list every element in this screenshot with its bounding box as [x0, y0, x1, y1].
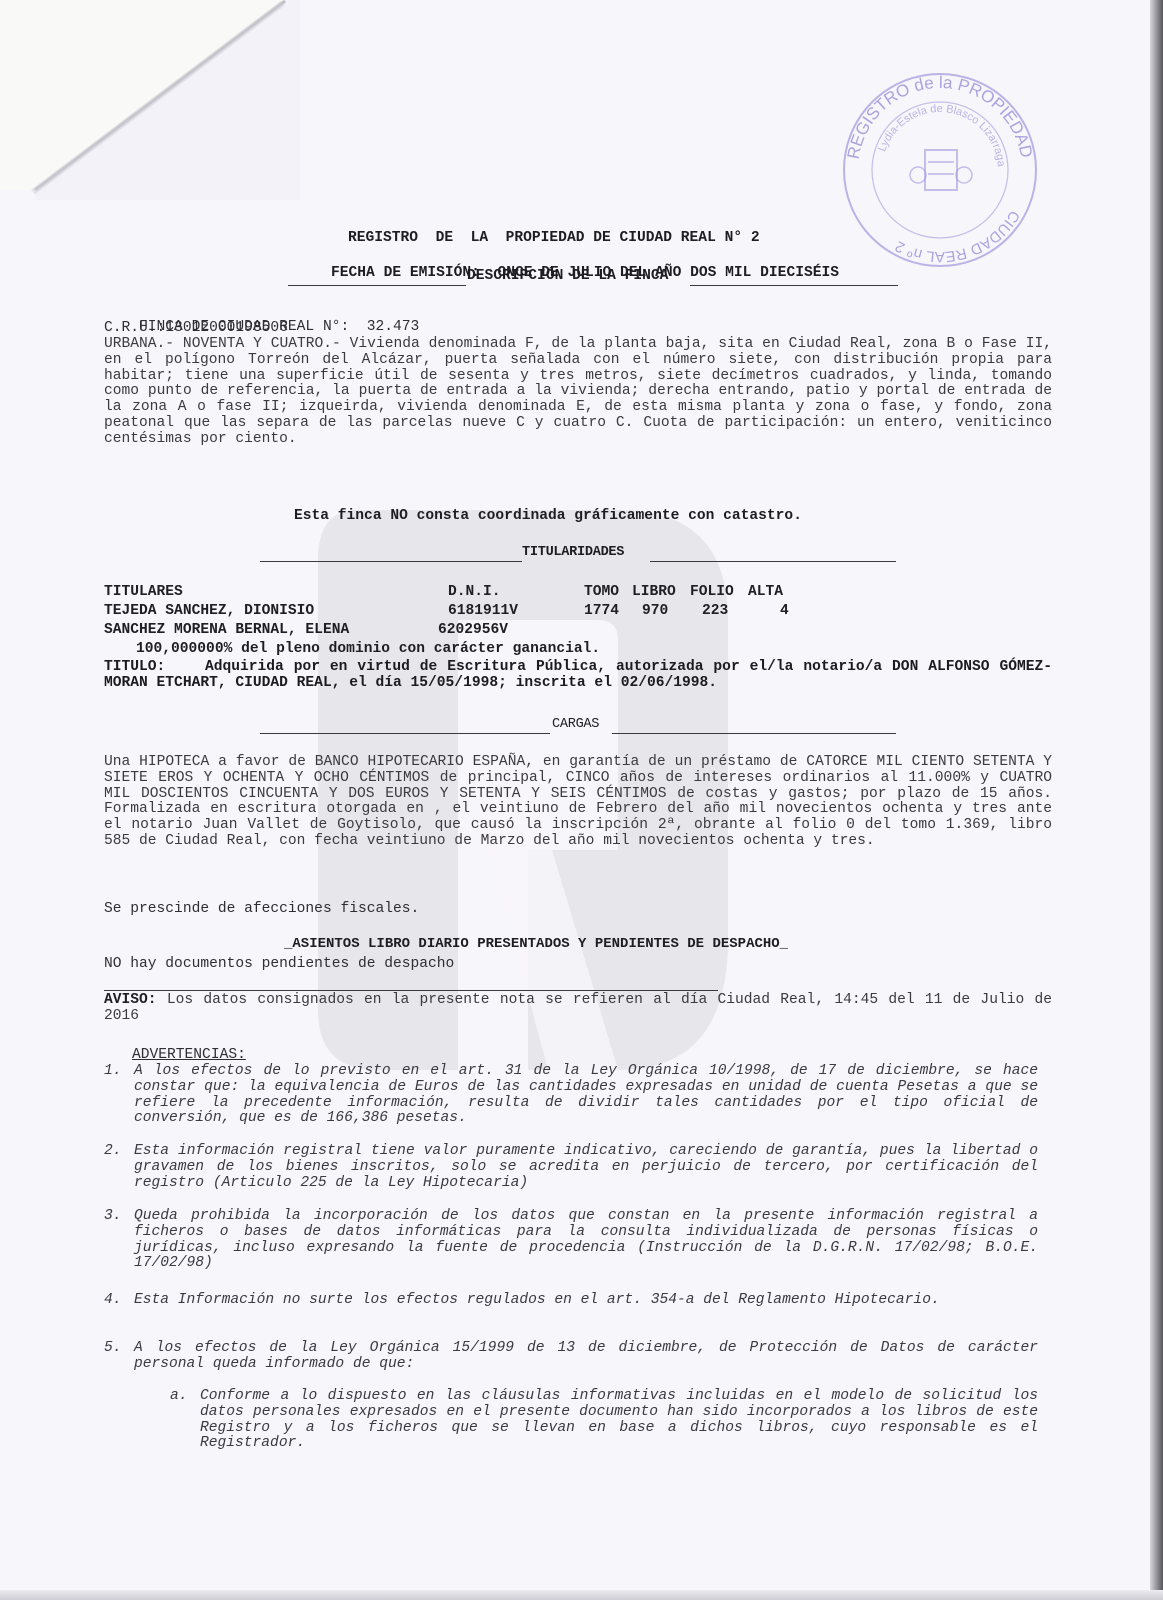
advertencia-item: 5. A los efectos de la Ley Orgánica 15/1… — [104, 1341, 1038, 1373]
advertencia-item: 2. Esta información registral tiene valo… — [104, 1144, 1038, 1191]
column-header: FOLIO — [690, 584, 734, 600]
advertencias-title: ADVERTENCIAS: — [132, 1047, 246, 1063]
divider — [288, 285, 466, 286]
advertencia-item: 3. Queda prohibida la incorporación de l… — [104, 1209, 1038, 1272]
item-text: Conforme a lo dispuesto en las cláusulas… — [200, 1389, 1038, 1452]
finca-number-value: 32.473 — [367, 319, 420, 335]
finca-description: URBANA.- NOVENTA Y CUATRO.- Vivienda den… — [104, 337, 1052, 448]
owner-folio: 223 — [702, 603, 728, 619]
owner-dni: 6181911V — [448, 603, 518, 619]
section-title-cargas: CARGAS — [552, 717, 599, 732]
scan-edge-shadow — [1150, 0, 1163, 1600]
divider — [612, 733, 896, 734]
divider — [690, 285, 898, 286]
section-title-description: DESCRIPCIÓN DE LA FINCA — [467, 268, 668, 284]
item-number: 4. — [104, 1293, 122, 1309]
section-title-asientos: _ASIENTOS LIBRO DIARIO PRESENTADOS Y PEN… — [284, 936, 788, 952]
owner-name: SANCHEZ MORENA BERNAL, ELENA — [104, 622, 349, 638]
item-letter: a. — [170, 1389, 188, 1405]
owner-name: TEJEDA SANCHEZ, DIONISIO — [104, 603, 314, 619]
divider — [260, 561, 522, 562]
finca-cru: C.R.U.:13012000198506 — [104, 320, 288, 336]
column-header: TOMO — [584, 584, 619, 600]
column-header: ALTA — [748, 584, 783, 600]
fiscal-note: Se prescinde de afecciones fiscales. — [104, 901, 419, 917]
item-text: A los efectos de lo previsto en el art. … — [134, 1064, 1038, 1127]
divider — [650, 561, 896, 562]
item-text: Queda prohibida la incorporación de los … — [134, 1209, 1038, 1272]
advertencia-item: 1. A los efectos de lo previsto en el ar… — [104, 1064, 1038, 1127]
advertencia-subitem: a. Conforme a lo dispuesto en las cláusu… — [170, 1389, 1038, 1452]
item-number: 5. — [104, 1341, 122, 1357]
column-header: D.N.I. — [448, 584, 501, 600]
column-header: TITULARES — [104, 584, 183, 600]
aviso-label: AVISO: — [104, 992, 157, 1008]
item-text: Esta Información no surte los efectos re… — [134, 1293, 1038, 1309]
scan-bottom-edge — [0, 1590, 1163, 1600]
owner-alta: 4 — [780, 603, 789, 619]
item-number: 3. — [104, 1209, 122, 1225]
cadastre-note: Esta finca NO consta coordinada gráficam… — [294, 508, 802, 524]
owner-dni: 6202956V — [438, 622, 508, 638]
owner-tomo: 1774 — [584, 603, 619, 619]
section-title-titularidades: TITULARIDADES — [522, 545, 624, 560]
cargas-text: Una HIPOTECA a favor de BANCO HIPOTECARI… — [104, 755, 1052, 850]
advertencia-item: 4. Esta Información no surte los efectos… — [104, 1293, 1038, 1309]
aviso-text: Los datos consignados en la presente not… — [104, 992, 1052, 1024]
issue-date-label: FECHA DE EMISIÓN: — [331, 265, 480, 281]
item-text: A los efectos de la Ley Orgánica 15/1999… — [134, 1341, 1038, 1373]
owner-libro: 970 — [642, 603, 668, 619]
folded-corner — [0, 0, 300, 200]
column-header: LIBRO — [632, 584, 676, 600]
divider — [260, 733, 550, 734]
titulo-text: Adquirida por en virtud de Escritura Púb… — [104, 659, 1052, 691]
item-number: 1. — [104, 1064, 122, 1080]
acquisition-title: TITULO: Adquirida por en virtud de Escri… — [104, 660, 1052, 692]
registry-title: REGISTRO DE LA PROPIEDAD DE CIUDAD REAL … — [348, 230, 760, 246]
divider — [104, 990, 718, 991]
asientos-text: NO hay documentos pendientes de despacho — [104, 956, 454, 972]
ownership-share: 100,000000% del pleno dominio con caráct… — [136, 641, 600, 657]
item-text: Esta información registral tiene valor p… — [134, 1144, 1038, 1191]
titulo-label: TITULO: — [104, 659, 165, 675]
item-number: 2. — [104, 1144, 122, 1160]
aviso: AVISO: Los datos consignados en la prese… — [104, 993, 1052, 1025]
